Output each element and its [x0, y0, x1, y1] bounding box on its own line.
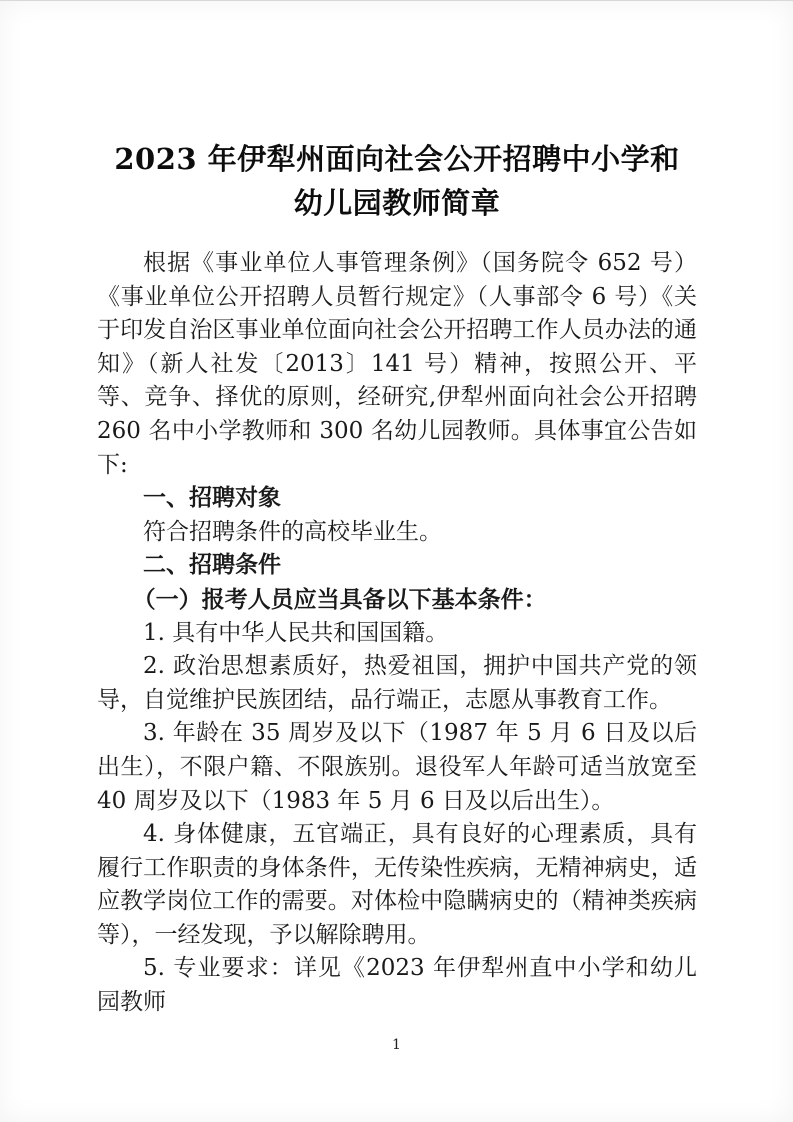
condition-item-5: 5. 专业要求：详见《2023 年伊犁州直中小学和幼儿园教师	[97, 952, 697, 1019]
document-body: 根据《事业单位人事管理条例》（国务院令 652 号）《事业单位公开招聘人员暂行规…	[97, 247, 697, 1020]
condition-item-4: 4. 身体健康，五官端正，具有良好的心理素质，具有履行工作职责的身体条件，无传染…	[97, 818, 697, 952]
document-content: 2023 年伊犁州面向社会公开招聘中小学和 幼儿园教师简章 根据《事业单位人事管…	[97, 137, 697, 1020]
document-title-line-1: 2023 年伊犁州面向社会公开招聘中小学和	[97, 137, 697, 181]
document-title-line-2: 幼儿园教师简章	[97, 181, 697, 225]
section-2-heading: 二、招聘条件	[97, 549, 697, 583]
document-page: 2023 年伊犁州面向社会公开招聘中小学和 幼儿园教师简章 根据《事业单位人事管…	[0, 0, 793, 1122]
basic-conditions-heading: （一）报考人员应当具备以下基本条件：	[97, 583, 697, 617]
condition-item-1: 1. 具有中华人民共和国国籍。	[97, 617, 697, 651]
page-number: 1	[0, 1037, 793, 1053]
condition-item-2: 2. 政治思想素质好，热爱祖国，拥护中国共产党的领导，自觉维护民族团结，品行端正…	[97, 650, 697, 717]
document-title: 2023 年伊犁州面向社会公开招聘中小学和 幼儿园教师简章	[97, 137, 697, 225]
intro-paragraph: 根据《事业单位人事管理条例》（国务院令 652 号）《事业单位公开招聘人员暂行规…	[97, 247, 697, 482]
section-1-heading: 一、招聘对象	[97, 482, 697, 516]
section-1-body: 符合招聘条件的高校毕业生。	[97, 516, 697, 550]
condition-item-3: 3. 年龄在 35 周岁及以下（1987 年 5 月 6 日及以后出生），不限户…	[97, 717, 697, 818]
